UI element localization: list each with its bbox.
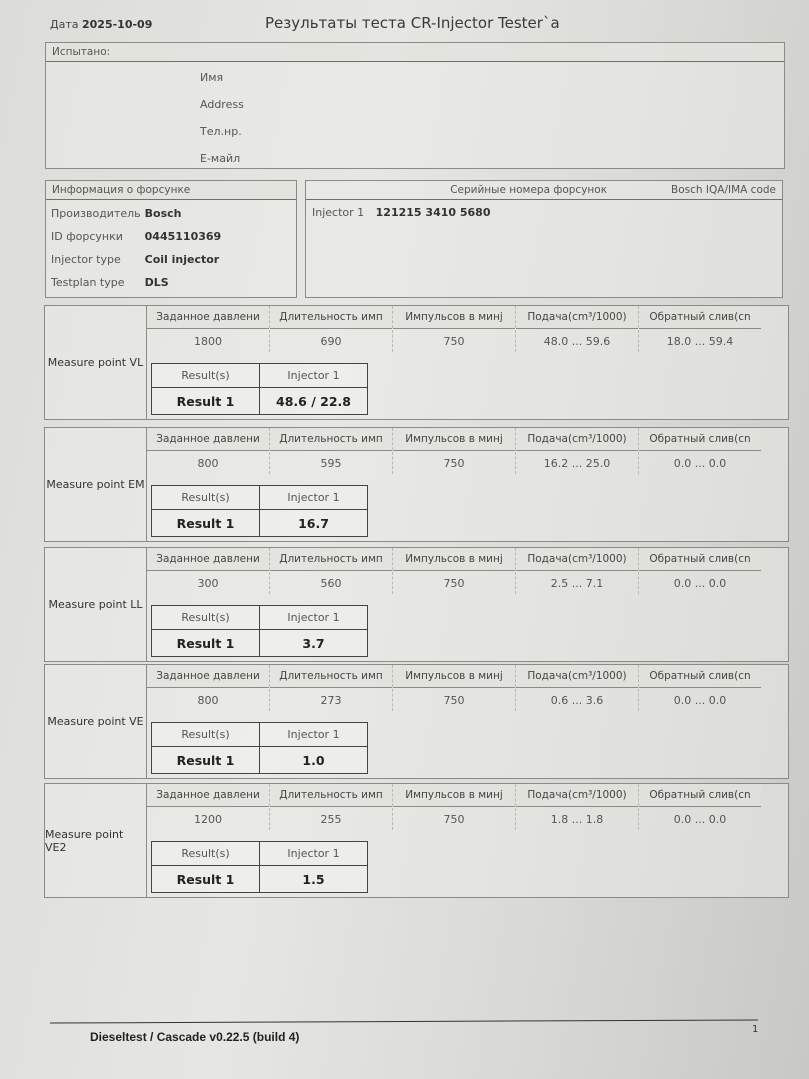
param-header: Длительность имп: [270, 306, 392, 329]
param-value: 560: [270, 571, 392, 594]
param-value: 800: [147, 451, 269, 474]
param-column: Обратный слив(cn 0.0 ... 0.0: [639, 548, 761, 594]
field-address: Address: [200, 98, 244, 125]
param-header: Импульсов в минj: [393, 784, 515, 807]
param-column: Заданное давлени 800: [147, 428, 270, 474]
info-value: Coil injector: [145, 248, 226, 271]
field-name: Имя: [200, 71, 244, 98]
param-value: 750: [393, 688, 515, 711]
param-column: Обратный слив(cn 0.0 ... 0.0: [639, 665, 761, 711]
param-columns: Заданное давлени 800 Длительность имп 27…: [147, 665, 788, 711]
param-column: Импульсов в минj 750: [393, 665, 516, 711]
param-value: 750: [393, 451, 515, 474]
param-header: Длительность имп: [270, 784, 392, 807]
result-value: 1.5: [260, 866, 368, 893]
result-header-injector: Injector 1: [260, 723, 368, 747]
param-column: Импульсов в минj 750: [393, 784, 516, 830]
result-value: 16.7: [260, 510, 368, 537]
result-header-injector: Injector 1: [260, 364, 368, 388]
result-header-label: Result(s): [152, 606, 260, 630]
param-value: 0.0 ... 0.0: [639, 688, 761, 711]
serial-value: 121215 3410 5680: [376, 206, 491, 219]
result-row-label: Result 1: [152, 630, 260, 657]
param-header: Импульсов в минj: [393, 665, 515, 688]
param-value: 750: [393, 571, 515, 594]
result-table: Result(s) Injector 1 Result 1 3.7: [151, 605, 368, 657]
param-value: 273: [270, 688, 392, 711]
param-column: Длительность имп 273: [270, 665, 393, 711]
param-column: Заданное давлени 300: [147, 548, 270, 594]
result-header-row: Result(s) Injector 1: [152, 842, 368, 866]
measure-point-name: Measure point VE2: [45, 784, 147, 897]
param-header: Заданное давлени: [147, 784, 269, 807]
param-header: Обратный слив(cn: [639, 306, 761, 329]
footer-text: Dieseltest / Cascade v0.22.5 (build 4): [90, 1030, 299, 1044]
param-column: Обратный слив(cn 18.0 ... 59.4: [639, 306, 761, 352]
result-row: Result 1 48.6 / 22.8: [152, 388, 368, 415]
info-value: Bosch: [145, 202, 226, 225]
result-header-row: Result(s) Injector 1: [152, 606, 368, 630]
result-value: 48.6 / 22.8: [260, 388, 368, 415]
serial-label: Injector 1: [312, 206, 364, 219]
param-value: 0.0 ... 0.0: [639, 571, 761, 594]
param-value: 750: [393, 807, 515, 830]
measure-point-name: Measure point EM: [45, 428, 147, 541]
result-value: 3.7: [260, 630, 368, 657]
info-label: Производитель: [51, 202, 145, 225]
param-columns: Заданное давлени 800 Длительность имп 59…: [147, 428, 788, 474]
param-column: Длительность имп 255: [270, 784, 393, 830]
param-column: Длительность имп 690: [270, 306, 393, 352]
iqa-code-heading: Bosch IQA/IMA code: [671, 184, 776, 196]
param-value: 0.0 ... 0.0: [639, 451, 761, 474]
injector-info-section: Информация о форсунке ПроизводительBosch…: [45, 180, 297, 298]
result-value: 1.0: [260, 747, 368, 774]
serials-section: Серийные номера форсунок Bosch IQA/IMA c…: [305, 180, 783, 298]
measure-point-block: Measure point LL Заданное давлени 300 Дл…: [44, 547, 789, 662]
param-column: Заданное давлени 800: [147, 665, 270, 711]
param-header: Длительность имп: [270, 548, 392, 571]
param-column: Обратный слив(cn 0.0 ... 0.0: [639, 428, 761, 474]
result-header-label: Result(s): [152, 364, 260, 388]
param-value: 300: [147, 571, 269, 594]
param-value: 18.0 ... 59.4: [639, 329, 761, 352]
info-row: ПроизводительBosch: [51, 202, 225, 225]
param-header: Заданное давлени: [147, 665, 269, 688]
param-header: Подача(cm³/1000): [516, 548, 638, 571]
param-header: Подача(cm³/1000): [516, 428, 638, 451]
measure-point-name: Measure point VL: [45, 306, 147, 419]
result-row: Result 1 1.5: [152, 866, 368, 893]
report-page: Дата 2025-10-09 Результаты теста CR-Inje…: [0, 0, 809, 1079]
info-label: ID форсунки: [51, 225, 145, 248]
report-date: Дата 2025-10-09: [50, 18, 152, 31]
measure-point-block: Measure point VE Заданное давлени 800 Дл…: [44, 664, 789, 779]
date-value: 2025-10-09: [82, 18, 152, 31]
serial-row: Injector 1 121215 3410 5680: [306, 200, 782, 225]
param-column: Заданное давлени 1800: [147, 306, 270, 352]
result-header-row: Result(s) Injector 1: [152, 723, 368, 747]
info-value: 0445110369: [145, 225, 226, 248]
param-value: 800: [147, 688, 269, 711]
result-header-label: Result(s): [152, 842, 260, 866]
param-header: Заданное давлени: [147, 306, 269, 329]
param-column: Подача(cm³/1000) 0.6 ... 3.6: [516, 665, 639, 711]
result-table: Result(s) Injector 1 Result 1 1.5: [151, 841, 368, 893]
param-column: Длительность имп 560: [270, 548, 393, 594]
param-column: Подача(cm³/1000) 2.5 ... 7.1: [516, 548, 639, 594]
param-columns: Заданное давлени 1800 Длительность имп 6…: [147, 306, 788, 352]
result-header-injector: Injector 1: [260, 486, 368, 510]
result-row-label: Result 1: [152, 510, 260, 537]
injector-info-heading: Информация о форсунке: [46, 181, 296, 200]
param-column: Длительность имп 595: [270, 428, 393, 474]
param-header: Длительность имп: [270, 665, 392, 688]
result-header-injector: Injector 1: [260, 606, 368, 630]
tested-fields: Имя Address Тел.нр. Е-майл: [200, 71, 244, 179]
measure-point-block: Measure point VE2 Заданное давлени 1200 …: [44, 783, 789, 898]
param-value: 690: [270, 329, 392, 352]
param-value: 1.8 ... 1.8: [516, 807, 638, 830]
field-email: Е-майл: [200, 152, 244, 179]
param-header: Подача(cm³/1000): [516, 665, 638, 688]
result-row: Result 1 16.7: [152, 510, 368, 537]
param-column: Подача(cm³/1000) 48.0 ... 59.6: [516, 306, 639, 352]
measure-point-block: Measure point VL Заданное давлени 1800 Д…: [44, 305, 789, 420]
param-header: Подача(cm³/1000): [516, 784, 638, 807]
report-title: Результаты теста CR-Injector Tester`a: [265, 14, 560, 32]
param-value: 750: [393, 329, 515, 352]
param-value: 0.6 ... 3.6: [516, 688, 638, 711]
param-header: Импульсов в минj: [393, 428, 515, 451]
result-header-label: Result(s): [152, 723, 260, 747]
param-value: 16.2 ... 25.0: [516, 451, 638, 474]
param-column: Подача(cm³/1000) 1.8 ... 1.8: [516, 784, 639, 830]
param-header: Заданное давлени: [147, 548, 269, 571]
param-value: 1800: [147, 329, 269, 352]
page-number: 1: [752, 1024, 758, 1035]
param-column: Импульсов в минj 750: [393, 306, 516, 352]
result-header-row: Result(s) Injector 1: [152, 364, 368, 388]
info-row: ID форсунки0445110369: [51, 225, 225, 248]
param-value: 255: [270, 807, 392, 830]
measure-point-name: Measure point VE: [45, 665, 147, 778]
measure-point-name: Measure point LL: [45, 548, 147, 661]
result-row-label: Result 1: [152, 388, 260, 415]
param-columns: Заданное давлени 1200 Длительность имп 2…: [147, 784, 788, 830]
param-value: 595: [270, 451, 392, 474]
param-header: Обратный слив(cn: [639, 784, 761, 807]
info-value: DLS: [145, 271, 226, 294]
result-table: Result(s) Injector 1 Result 1 1.0: [151, 722, 368, 774]
result-header-row: Result(s) Injector 1: [152, 486, 368, 510]
param-columns: Заданное давлени 300 Длительность имп 56…: [147, 548, 788, 594]
param-header: Длительность имп: [270, 428, 392, 451]
info-row: Testplan typeDLS: [51, 271, 225, 294]
result-table: Result(s) Injector 1 Result 1 16.7: [151, 485, 368, 537]
result-table: Result(s) Injector 1 Result 1 48.6 / 22.…: [151, 363, 368, 415]
result-row: Result 1 3.7: [152, 630, 368, 657]
param-column: Импульсов в минj 750: [393, 548, 516, 594]
measure-point-block: Measure point EM Заданное давлени 800 Дл…: [44, 427, 789, 542]
footer-divider: [50, 1019, 758, 1023]
info-label: Injector type: [51, 248, 145, 271]
injector-info-table: ПроизводительBosch ID форсунки0445110369…: [51, 202, 225, 294]
field-phone: Тел.нр.: [200, 125, 244, 152]
param-value: 48.0 ... 59.6: [516, 329, 638, 352]
result-row-label: Result 1: [152, 866, 260, 893]
param-column: Подача(cm³/1000) 16.2 ... 25.0: [516, 428, 639, 474]
param-header: Импульсов в минj: [393, 548, 515, 571]
param-column: Заданное давлени 1200: [147, 784, 270, 830]
param-header: Заданное давлени: [147, 428, 269, 451]
info-row: Injector typeCoil injector: [51, 248, 225, 271]
tested-section: Испытано: Имя Address Тел.нр. Е-майл: [45, 42, 785, 169]
tested-heading: Испытано:: [46, 43, 784, 62]
serials-heading: Серийные номера форсунок: [450, 184, 607, 196]
param-header: Импульсов в минj: [393, 306, 515, 329]
param-header: Обратный слив(cn: [639, 665, 761, 688]
param-header: Обратный слив(cn: [639, 428, 761, 451]
date-label: Дата: [50, 18, 78, 31]
serials-header: Серийные номера форсунок Bosch IQA/IMA c…: [306, 181, 782, 200]
param-value: 2.5 ... 7.1: [516, 571, 638, 594]
info-label: Testplan type: [51, 271, 145, 294]
result-row: Result 1 1.0: [152, 747, 368, 774]
result-header-label: Result(s): [152, 486, 260, 510]
param-header: Подача(cm³/1000): [516, 306, 638, 329]
param-header: Обратный слив(cn: [639, 548, 761, 571]
param-column: Импульсов в минj 750: [393, 428, 516, 474]
param-value: 1200: [147, 807, 269, 830]
param-column: Обратный слив(cn 0.0 ... 0.0: [639, 784, 761, 830]
result-header-injector: Injector 1: [260, 842, 368, 866]
result-row-label: Result 1: [152, 747, 260, 774]
param-value: 0.0 ... 0.0: [639, 807, 761, 830]
